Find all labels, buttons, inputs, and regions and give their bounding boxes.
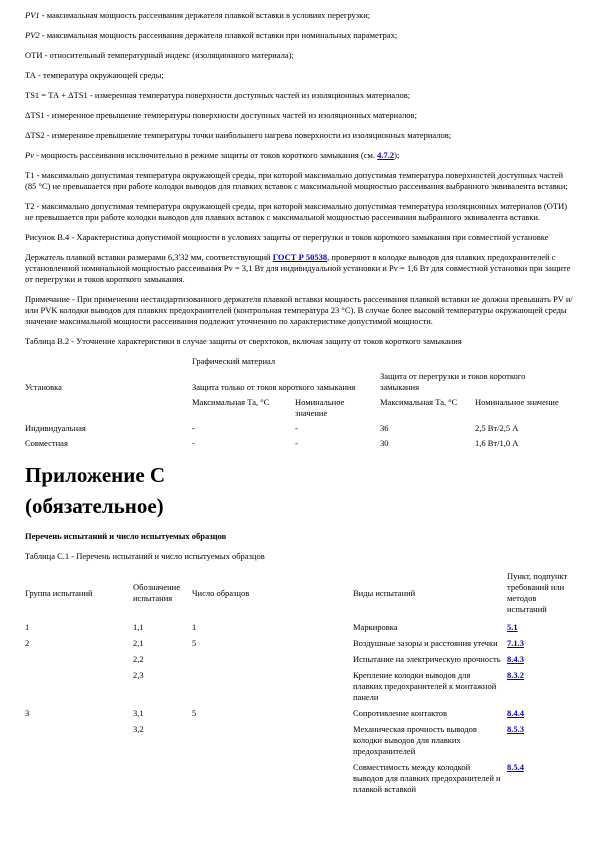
definition-paragraph: ΔTS2 - измеренное превышение температуры… — [25, 130, 575, 141]
pv-text-post: ); — [394, 150, 399, 160]
definition-paragraph: TS1 = ТА + ΔTS1 - измеренная температура… — [25, 90, 575, 101]
b2-subheader-nominal-2: Номинальное значение — [475, 397, 575, 419]
cell-clause: 8.4.3 — [507, 654, 575, 665]
definition-paragraph: ΔTS1 - измеренное превышение температуры… — [25, 110, 575, 121]
b2-cell-max-ta-2: 30 — [380, 438, 475, 449]
cell-designation: 1,1 — [133, 622, 186, 633]
cell-designation: 3,1 — [133, 708, 186, 719]
c1-header-test-types: Виды испытаний — [353, 588, 501, 601]
b2-header-overload-and-short: Защита от перегрузки и токов короткого з… — [380, 371, 575, 393]
cell-clause: 8.5.3 — [507, 724, 575, 735]
cell-clause: 7.1.3 — [507, 638, 575, 649]
clause-link[interactable]: 5.1 — [507, 622, 518, 632]
clause-link[interactable]: 8.5.3 — [507, 724, 524, 734]
figure-b4-caption: Рисунок В.4 - Характеристика допустимой … — [25, 232, 575, 243]
b2-cell-nominal-2: 1,6 Вт/1,0 А — [475, 438, 575, 449]
pv-definition-paragraph: Pv - мощность рассеивания исключительно … — [25, 150, 575, 161]
cell-sample-count: 5 — [192, 638, 347, 649]
definition-symbol: PV2 — [25, 30, 40, 40]
b2-subheader-max-ta-2: Максимальная Та, °C — [380, 397, 475, 419]
b2-subheader-max-ta-1: Максимальная Та, °C — [192, 397, 295, 419]
pv-symbol: Pv — [25, 150, 34, 160]
cell-test-type: Совместимость между колодкой выводов для… — [353, 762, 501, 795]
cell-designation: 3,2 — [133, 724, 186, 735]
table-c1-caption: Таблица С.1 - Перечень испытаний и число… — [25, 551, 575, 562]
cell-sample-count: 5 — [192, 708, 347, 719]
definition-text: T1 - максимально допустимая температура … — [25, 170, 568, 191]
definition-text: ТА - температура окружающей среды; — [25, 70, 164, 80]
cell-test-type: Воздушные зазоры и расстояния утечки — [353, 638, 501, 649]
b2-cell-nominal-2: 2,5 Вт/2,5 А — [475, 423, 575, 434]
cell-test-type: Испытание на электрическую прочность — [353, 654, 501, 665]
clause-link[interactable]: 8.4.4 — [507, 708, 524, 718]
document-page: PV1 - максимальная мощность рассеивания … — [0, 0, 595, 795]
b2-cell-max-ta-1: - — [192, 423, 295, 434]
cell-clause: 8.5.4 — [507, 762, 575, 773]
definition-text: ОТИ - относительный температурный индекс… — [25, 50, 294, 60]
clause-link[interactable]: 7.1.3 — [507, 638, 524, 648]
b2-subheader-nominal-1: Номинальное значение — [295, 397, 380, 419]
cell-test-type: Механическая прочность выводов колодки в… — [353, 724, 501, 757]
definition-text: T2 - максимально допустимая температура … — [25, 201, 567, 222]
cell-designation: 2,2 — [133, 654, 186, 665]
definitions-temperature: T1 - максимально допустимая температура … — [25, 170, 575, 223]
definition-text: ΔTS1 - измеренное превышение температуры… — [25, 110, 417, 120]
c1-header-test-group: Группа испытаний — [25, 588, 127, 601]
table-b2-caption: Таблица В.2 - Уточнение характеристики в… — [25, 336, 575, 347]
table-c1: Группа испытаний Обозначение испытания Ч… — [25, 571, 575, 795]
definition-symbol: PV1 — [25, 10, 40, 20]
cell-test-group: 1 — [25, 622, 127, 633]
definition-text: - максимальная мощность рассеивания держ… — [40, 10, 371, 20]
b2-header-short-circuit-only: Защита только от токов короткого замыкан… — [192, 382, 380, 393]
b2-cell-installation: Индивидуальная — [25, 423, 192, 434]
cell-sample-count: 1 — [192, 622, 347, 633]
definitions-top: PV1 - максимальная мощность рассеивания … — [25, 10, 575, 141]
cell-clause: 8.3.2 — [507, 670, 575, 681]
definition-paragraph: T1 - максимально допустимая температура … — [25, 170, 575, 192]
c1-header-designation: Обозначение испытания — [133, 582, 186, 606]
definition-paragraph: ТА - температура окружающей среды; — [25, 70, 575, 81]
cell-designation: 2,3 — [133, 670, 186, 681]
appendix-c-subtitle: (обязательное) — [25, 494, 575, 519]
b2-cell-max-ta-2: 36 — [380, 423, 475, 434]
gost-r-50538-link[interactable]: ГОСТ Р 50538 — [273, 252, 327, 262]
cell-test-group: 2 — [25, 638, 127, 649]
definition-paragraph: PV1 - максимальная мощность рассеивания … — [25, 10, 575, 21]
c1-header-clause: Пункт, подпункт требований или методов и… — [507, 571, 575, 617]
cell-test-type: Крепление колодки выводов для плавких пр… — [353, 670, 501, 703]
b2-cell-max-ta-1: - — [192, 438, 295, 449]
definition-paragraph: T2 - максимально допустимая температура … — [25, 201, 575, 223]
holder-text-pre: Держатель плавкой вставки размерами 6,3'… — [25, 252, 273, 262]
b2-header-graphic-material: Графический материал — [192, 356, 575, 367]
b2-header-installation: Установка — [25, 382, 192, 393]
b2-cell-nominal-1: - — [295, 438, 380, 449]
cell-clause: 8.4.4 — [507, 708, 575, 719]
clause-link[interactable]: 8.3.2 — [507, 670, 524, 680]
clause-link-4-7-2[interactable]: 4.7.2 — [377, 150, 394, 160]
cell-test-group: 3 — [25, 708, 127, 719]
cell-test-type: Сопротивление контактов — [353, 708, 501, 719]
note-paragraph: Примечание - При применении нестандартиз… — [25, 294, 575, 327]
appendix-c-subheading: Перечень испытаний и число испытуемых об… — [25, 531, 575, 542]
definition-text: TS1 = ТА + ΔTS1 - измеренная температура… — [25, 90, 410, 100]
definition-paragraph: PV2 - максимальная мощность рассеивания … — [25, 30, 575, 41]
definition-paragraph: ОТИ - относительный температурный индекс… — [25, 50, 575, 61]
definition-text: ΔTS2 - измеренное превышение температуры… — [25, 130, 451, 140]
table-b2: Установка Графический материал Защита то… — [25, 356, 575, 449]
cell-designation: 2,1 — [133, 638, 186, 649]
b2-cell-installation: Совместная — [25, 438, 192, 449]
cell-clause: 5.1 — [507, 622, 575, 633]
pv-text-pre: - мощность рассеивания исключительно в р… — [34, 150, 377, 160]
clause-link[interactable]: 8.5.4 — [507, 762, 524, 772]
clause-link[interactable]: 8.4.3 — [507, 654, 524, 664]
cell-test-type: Маркировка — [353, 622, 501, 633]
appendix-c-title: Приложение С — [25, 463, 575, 488]
b2-cell-nominal-1: - — [295, 423, 380, 434]
definition-text: - максимальная мощность рассеивания держ… — [40, 30, 398, 40]
holder-paragraph: Держатель плавкой вставки размерами 6,3'… — [25, 252, 575, 285]
c1-header-sample-count: Число образцов — [192, 588, 347, 601]
